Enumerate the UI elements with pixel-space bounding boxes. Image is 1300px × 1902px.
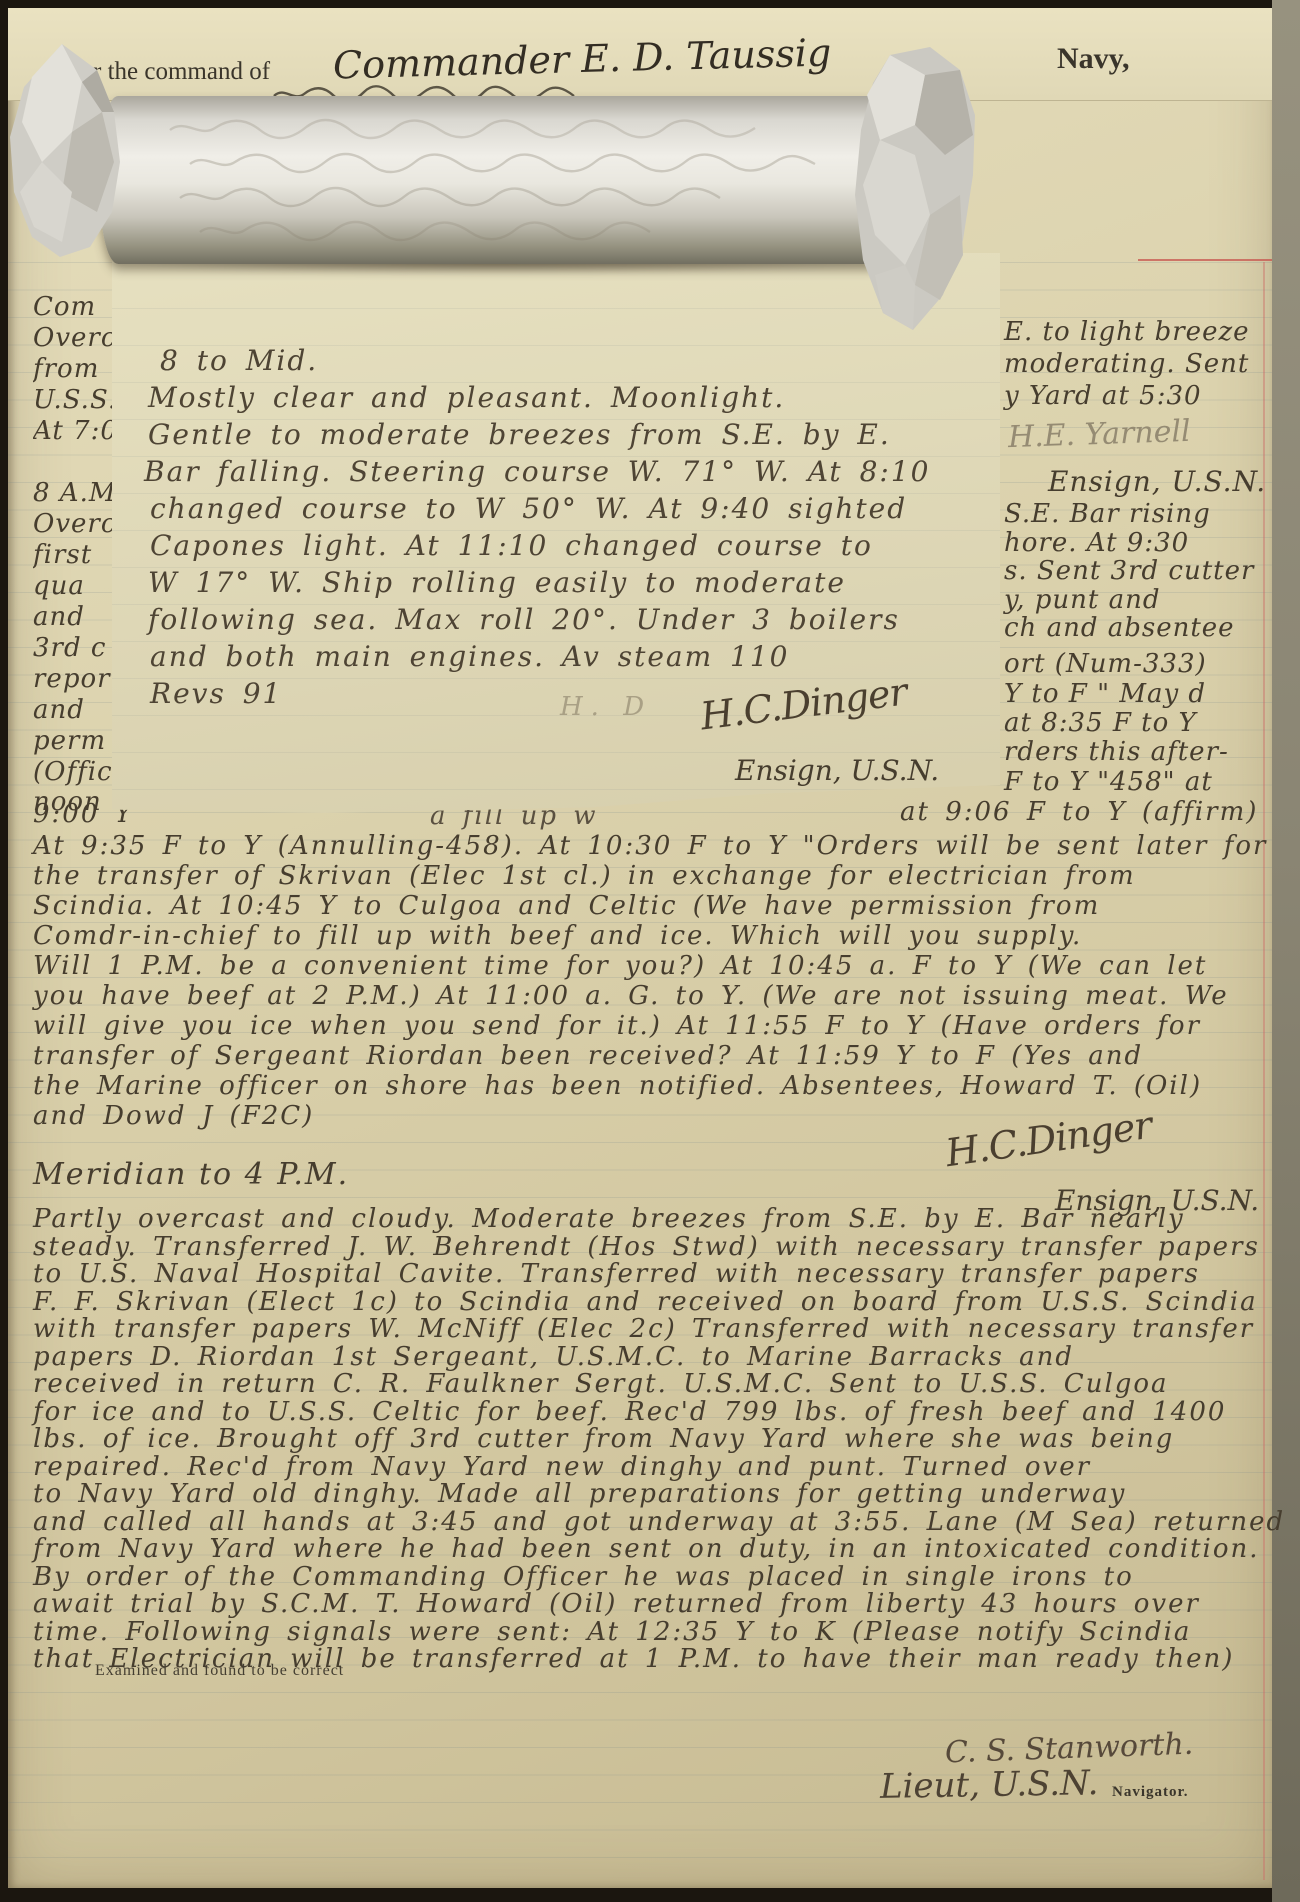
watch-entry-line: Revs 91 xyxy=(150,678,282,710)
morning-entry-line: will give you ice when you send for it.)… xyxy=(33,1012,1201,1042)
left-margin-fragment: Overc xyxy=(33,324,113,354)
right-margin-signature-title: Ensign, U.S.N. xyxy=(1048,466,1266,498)
watch-entry-line: Mostly clear and pleasant. Moonlight. xyxy=(148,382,785,414)
right-margin-fragment: Y to F " May d xyxy=(1004,680,1206,710)
navigator-rank: Lieut, U.S.N. xyxy=(880,1764,1099,1807)
right-margin-fragment: hore. At 9:30 xyxy=(1004,529,1189,559)
morning-entry-line: transfer of Sergeant Riordan been receiv… xyxy=(33,1042,1143,1072)
left-margin-fragment: first xyxy=(33,541,113,571)
left-margin-fragment: repor xyxy=(33,665,113,695)
pencil-initials: H. D xyxy=(560,693,652,723)
morning-entry-line: Scindia. At 10:45 Y to Culgoa and Celtic… xyxy=(33,892,1100,922)
morning-entry-line: at 9:06 F to Y (affirm) xyxy=(900,798,1258,828)
left-margin-fragment: qua xyxy=(33,572,113,602)
navy-label: Navy, xyxy=(1057,42,1130,77)
left-margin-fragment: Com xyxy=(33,293,113,323)
navigator-label: Navigator. xyxy=(1112,1784,1189,1801)
right-margin-fragment: E. to light breeze xyxy=(1004,318,1250,348)
logbook-scan: r the command of Commander E. D. Taussig… xyxy=(0,0,1300,1902)
morning-entry-line: Comdr-in-chief to fill up with beef and … xyxy=(33,922,1082,952)
yarnell-pencil-signature: H.E. Yarnell xyxy=(1007,415,1191,456)
left-margin-fragment: and xyxy=(33,603,113,633)
left-margin-fragment: and xyxy=(33,696,113,726)
morning-entry-line: you have beef at 2 P.M.) At 11:00 a. G. … xyxy=(33,982,1229,1012)
morning-entry-line: and Dowd J (F2C) xyxy=(33,1102,314,1132)
left-margin-fragment: At 7:00 xyxy=(33,417,113,447)
watch-entry-line: 8 to Mid. xyxy=(160,345,318,377)
tissue-right xyxy=(835,45,985,340)
right-margin-fragment: at 8:35 F to Y xyxy=(1004,709,1197,739)
afternoon-entry-line: lbs. of ice. Brought off 3rd cutter from… xyxy=(33,1425,1174,1455)
right-margin-fragment: ch and absentee xyxy=(1004,614,1235,644)
right-margin-fragment: S.E. Bar rising xyxy=(1004,500,1211,530)
morning-entry-line: Will 1 P.M. be a convenient time for you… xyxy=(33,952,1207,982)
right-margin-fragment: s. Sent 3rd cutter xyxy=(1004,557,1254,587)
afternoon-entry-line: with transfer papers W. McNiff (Elec 2c)… xyxy=(33,1315,1254,1345)
afternoon-entry-line: await trial by S.C.M. T. Howard (Oil) re… xyxy=(33,1590,1200,1620)
table-edge xyxy=(1272,0,1300,1902)
right-margin-fragment: F to Y "458" at xyxy=(1004,768,1213,798)
afternoon-entry-line: from Navy Yard where he had been sent on… xyxy=(33,1535,1260,1565)
morning-entry-line: the transfer of Skrivan (Elec 1st cl.) i… xyxy=(33,862,1136,892)
left-margin-fragment: perm xyxy=(33,727,113,757)
right-margin-fragment: ort (Num-333) xyxy=(1004,650,1207,680)
watch-entry-line: Bar falling. Steering course W. 71° W. A… xyxy=(144,456,930,488)
watch-entry-line: W 17° W. Ship rolling easily to moderate xyxy=(148,567,846,599)
watch-entry-line: and both main engines. Av steam 110 xyxy=(150,641,790,673)
ghost-handwriting xyxy=(100,96,890,264)
afternoon-entry-line: to Navy Yard old dinghy. Made all prepar… xyxy=(33,1480,1126,1510)
examined-stamp: Examined and found to be correct xyxy=(95,1662,344,1680)
left-margin-fragment: (Offic xyxy=(33,758,113,788)
ensign-title: Ensign, U.S.N. xyxy=(735,755,939,787)
red-margin-line xyxy=(1263,262,1265,1880)
morning-entry-line: At 9:35 F to Y (Annulling-458). At 10:30… xyxy=(33,832,1267,862)
afternoon-entry-line: to U.S. Naval Hospital Cavite. Transferr… xyxy=(33,1260,1200,1290)
meridian-heading: Meridian to 4 P.M. xyxy=(33,1158,349,1193)
right-margin-fragment: y, punt and xyxy=(1004,586,1161,616)
morning-entry-line: the Marine officer on shore has been not… xyxy=(33,1072,1202,1102)
right-margin-fragment: y Yard at 5:30 xyxy=(1004,382,1202,412)
left-margin-fragment: Overc xyxy=(33,510,113,540)
left-margin-fragment: from xyxy=(33,355,113,385)
afternoon-entry-line: Partly overcast and cloudy. Moderate bre… xyxy=(33,1205,1185,1235)
red-margin-line xyxy=(1138,259,1272,261)
right-margin-fragment: rders this after- xyxy=(1004,738,1229,768)
paper-roll xyxy=(100,96,890,264)
watch-entry-line: changed course to W 50° W. At 9:40 sight… xyxy=(150,493,907,525)
left-margin-fragment: 8 A.M xyxy=(33,479,113,509)
watch-entry-line: Gentle to moderate breezes from S.E. by … xyxy=(148,419,891,451)
watch-entry-line: following sea. Max roll 20°. Under 3 boi… xyxy=(148,604,900,636)
left-margin-fragment: U.S.S. ( xyxy=(33,386,113,416)
left-margin-fragment: 3rd c xyxy=(33,634,113,664)
right-margin-fragment: moderating. Sent xyxy=(1004,350,1249,380)
tissue-left xyxy=(2,42,132,262)
afternoon-entry-line: received in return C. R. Faulkner Sergt.… xyxy=(33,1370,1169,1400)
watch-entry-line: Capones light. At 11:10 changed course t… xyxy=(150,530,873,562)
